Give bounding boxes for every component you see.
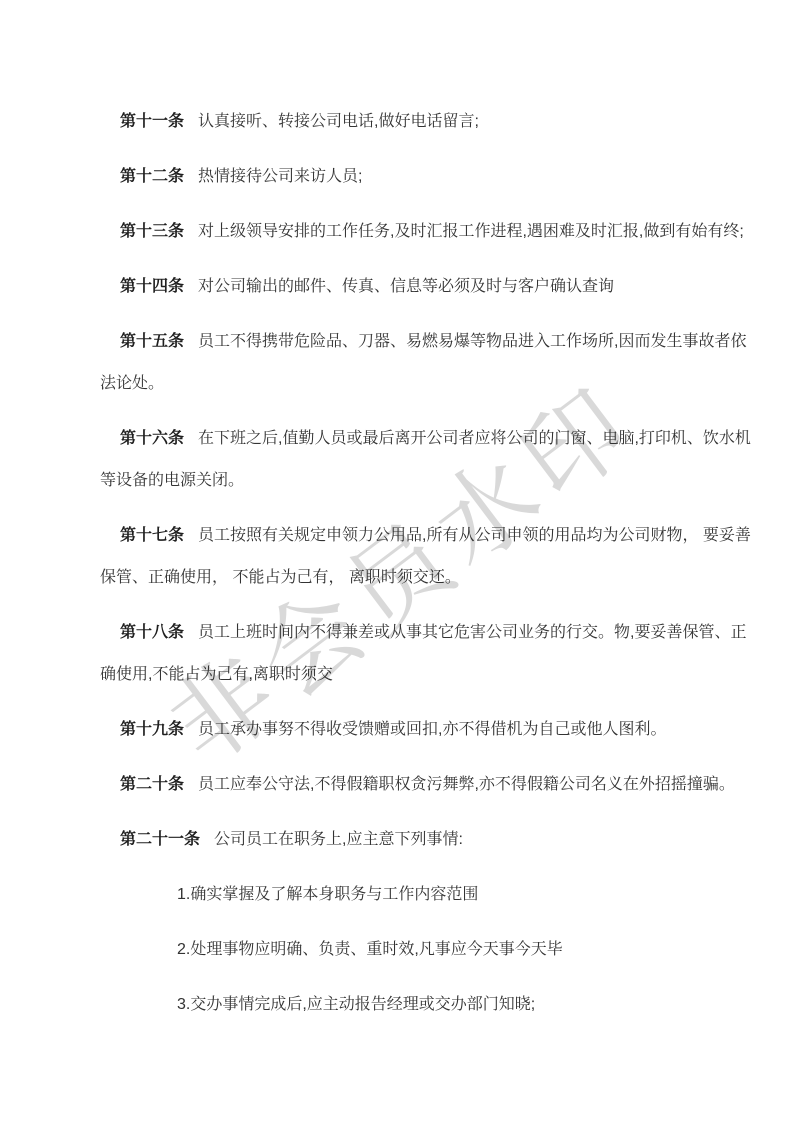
sub-item-3: 3.交办事情完成后,应主动报告经理或交办部门知晓; [100, 984, 760, 1026]
article-text: 员工上班时间内不得兼差或从事其它危害公司业务的行交。物,要妥善保管、正 [198, 624, 746, 641]
sub-item-2: 2.处理事物应明确、负责、重时效,凡事应今天事今天毕 [100, 929, 760, 971]
article-line: 第十一条认真接听、转接公司电话,做好电话留言; [100, 101, 760, 143]
article-label: 第十六条 [120, 430, 184, 447]
article-text-continuation: 法论处。 [100, 363, 760, 405]
article-line: 第二十条员工应奉公守法,不得假籍职权贪污舞弊,亦不得假籍公司名义在外招摇撞骗。 [100, 764, 760, 806]
sub-item-text: 2.处理事物应明确、负责、重时效,凡事应今天事今天毕 [100, 929, 760, 971]
article-line: 第十三条对上级领导安排的工作任务,及时汇报工作进程,遇困难及时汇报,做到有始有终… [100, 211, 760, 253]
article-label: 第十七条 [120, 527, 184, 544]
article-18: 第十八条员工上班时间内不得兼差或从事其它危害公司业务的行交。物,要妥善保管、正 … [100, 612, 760, 696]
article-15: 第十五条员工不得携带危险品、刀器、易燃易爆等物品进入工作场所,因而发生事故者依 … [100, 321, 760, 405]
article-text: 热情接待公司来访人员; [198, 168, 362, 185]
article-text: 公司员工在职务上,应主意下列事情: [214, 831, 463, 848]
article-12: 第十二条热情接待公司来访人员; [100, 156, 760, 198]
article-14: 第十四条对公司输出的邮件、传真、信息等必须及时与客户确认查询 [100, 266, 760, 308]
article-21: 第二十一条公司员工在职务上,应主意下列事情: [100, 819, 760, 861]
article-line: 第十五条员工不得携带危险品、刀器、易燃易爆等物品进入工作场所,因而发生事故者依 [100, 321, 760, 363]
article-label: 第二十条 [120, 776, 184, 793]
article-16: 第十六条在下班之后,值勤人员或最后离开公司者应将公司的门窗、电脑,打印机、饮水机… [100, 418, 760, 502]
article-text: 对公司输出的邮件、传真、信息等必须及时与客户确认查询 [198, 278, 614, 295]
article-label: 第十九条 [120, 721, 184, 738]
sub-item-text: 3.交办事情完成后,应主动报告经理或交办部门知晓; [100, 984, 760, 1026]
article-line: 第十七条员工按照有关规定申领力公用品,所有从公司申领的用品均为公司财物， 要妥善 [100, 515, 760, 557]
article-line: 第十四条对公司输出的邮件、传真、信息等必须及时与客户确认查询 [100, 266, 760, 308]
article-label: 第十八条 [120, 624, 184, 641]
article-label: 第十四条 [120, 278, 184, 295]
document-body: 第十一条认真接听、转接公司电话,做好电话留言; 第十二条热情接待公司来访人员; … [0, 0, 800, 1039]
article-label: 第十五条 [120, 333, 184, 350]
article-text: 在下班之后,值勤人员或最后离开公司者应将公司的门窗、电脑,打印机、饮水机 [198, 430, 751, 447]
article-13: 第十三条对上级领导安排的工作任务,及时汇报工作进程,遇困难及时汇报,做到有始有终… [100, 211, 760, 253]
sub-item-text: 1.确实掌握及了解本身职务与工作内容范围 [100, 874, 760, 916]
article-line: 第十八条员工上班时间内不得兼差或从事其它危害公司业务的行交。物,要妥善保管、正 [100, 612, 760, 654]
article-11: 第十一条认真接听、转接公司电话,做好电话留言; [100, 101, 760, 143]
article-text-continuation: 保管、正确使用， 不能占为己有， 离职时须交还。 [100, 557, 760, 599]
article-text-continuation: 等设备的电源关闭。 [100, 460, 760, 502]
article-text: 员工应奉公守法,不得假籍职权贪污舞弊,亦不得假籍公司名义在外招摇撞骗。 [198, 776, 735, 793]
article-line: 第二十一条公司员工在职务上,应主意下列事情: [100, 819, 760, 861]
article-text: 员工不得携带危险品、刀器、易燃易爆等物品进入工作场所,因而发生事故者依 [198, 333, 746, 350]
article-line: 第十六条在下班之后,值勤人员或最后离开公司者应将公司的门窗、电脑,打印机、饮水机 [100, 418, 760, 460]
article-label: 第十一条 [120, 113, 184, 130]
article-label: 第十三条 [120, 223, 184, 240]
article-line: 第十二条热情接待公司来访人员; [100, 156, 760, 198]
article-text: 认真接听、转接公司电话,做好电话留言; [198, 113, 479, 130]
article-17: 第十七条员工按照有关规定申领力公用品,所有从公司申领的用品均为公司财物， 要妥善… [100, 515, 760, 599]
article-text: 员工按照有关规定申领力公用品,所有从公司申领的用品均为公司财物， 要妥善 [198, 527, 751, 544]
document-page: 非会员水印 第十一条认真接听、转接公司电话,做好电话留言; 第十二条热情接待公司… [0, 0, 800, 1131]
article-19: 第十九条员工承办事努不得收受馈赠或回扣,亦不得借机为自己或他人图利。 [100, 709, 760, 751]
article-line: 第十九条员工承办事努不得收受馈赠或回扣,亦不得借机为自己或他人图利。 [100, 709, 760, 751]
article-text-continuation: 确使用,不能占为己有,离职时须交 [100, 654, 760, 696]
article-label: 第二十一条 [120, 831, 200, 848]
article-text: 对上级领导安排的工作任务,及时汇报工作进程,遇困难及时汇报,做到有始有终; [198, 223, 744, 240]
article-20: 第二十条员工应奉公守法,不得假籍职权贪污舞弊,亦不得假籍公司名义在外招摇撞骗。 [100, 764, 760, 806]
sub-item-1: 1.确实掌握及了解本身职务与工作内容范围 [100, 874, 760, 916]
article-text: 员工承办事努不得收受馈赠或回扣,亦不得借机为自己或他人图利。 [198, 721, 666, 738]
article-label: 第十二条 [120, 168, 184, 185]
